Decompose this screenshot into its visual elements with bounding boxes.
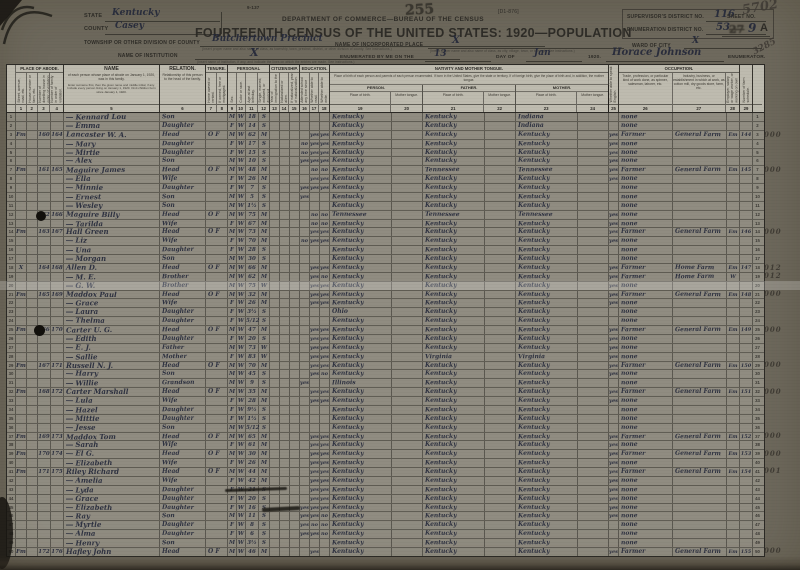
can-write: yes <box>320 486 330 494</box>
employment-class <box>727 379 740 387</box>
father-place-of-birth: Kentucky <box>423 370 485 378</box>
naturalization-year <box>290 175 300 183</box>
can-read <box>310 415 320 423</box>
farm-schedule-number <box>740 353 753 361</box>
mother-place-of-birth: Kentucky <box>516 246 578 254</box>
color-race: W <box>237 140 246 148</box>
naturalized <box>280 220 290 228</box>
father-mother-tongue <box>485 370 516 378</box>
sex: F <box>228 504 237 512</box>
ink-blot <box>36 211 46 221</box>
can-read: no <box>310 211 320 219</box>
row-number: 25 <box>7 326 16 334</box>
name: ― G. W. <box>64 282 160 290</box>
employment-class <box>727 521 740 529</box>
sex: F <box>228 397 237 405</box>
naturalization-year <box>290 308 300 316</box>
dwelling-number <box>38 459 51 467</box>
father-mother-tongue <box>485 441 516 449</box>
relation: Daughter <box>160 486 206 494</box>
place-of-birth: Kentucky <box>330 317 392 325</box>
sex: M <box>228 370 237 378</box>
table-row: 44― GraceDaughterFW20SyesyesKentuckyKent… <box>7 495 764 504</box>
sex: F <box>228 530 237 538</box>
farm-schedule-number <box>740 299 753 307</box>
attended-school: yes <box>300 512 310 520</box>
father-place-of-birth: Kentucky <box>423 299 485 307</box>
family-number: 169 <box>51 291 64 299</box>
family-number <box>51 255 64 263</box>
dwelling-number <box>38 441 51 449</box>
mother-tongue <box>392 220 423 228</box>
occupation: Farmer <box>619 166 673 174</box>
marital-status: S <box>259 370 270 378</box>
sex: M <box>228 450 237 458</box>
speaks-english <box>609 406 619 414</box>
enumerator-label: ENUMERATOR. <box>728 55 765 60</box>
house-number <box>27 397 38 405</box>
house-number <box>27 255 38 263</box>
immigration-year <box>270 397 280 405</box>
speaks-english <box>609 193 619 201</box>
speaks-english: yes <box>609 441 619 449</box>
house-number <box>27 157 38 165</box>
relation: Daughter <box>160 521 206 529</box>
table-row: 28― SallieMotherFW83WyesyesKentuckyVirgi… <box>7 353 764 362</box>
father-place-of-birth: Kentucky <box>423 548 485 556</box>
naturalization-year <box>290 291 300 299</box>
house-number <box>27 299 38 307</box>
row-number-right: 28 <box>753 353 762 361</box>
mother-place-of-birth: Kentucky <box>516 291 578 299</box>
age: 5/12 <box>246 317 259 325</box>
can-write <box>320 122 330 130</box>
relation: Wife <box>160 237 206 245</box>
industry <box>673 113 727 121</box>
age: 3½ <box>246 539 259 547</box>
row-number-right: 32 <box>753 388 762 396</box>
occupation: none <box>619 317 673 325</box>
house-number <box>27 406 38 414</box>
sex: M <box>228 255 237 263</box>
color-race: W <box>237 539 246 547</box>
immigration-year <box>270 362 280 370</box>
occupation: none <box>619 140 673 148</box>
can-read <box>310 113 320 121</box>
immigration-year <box>270 166 280 174</box>
county-value: Casey <box>115 21 144 31</box>
row-number-right: 49 <box>753 539 762 547</box>
name: ― E. J. <box>64 344 160 352</box>
attended-school <box>300 264 310 272</box>
naturalization-year <box>290 166 300 174</box>
relation: Wife <box>160 220 206 228</box>
speaks-english <box>609 379 619 387</box>
place-of-birth: Kentucky <box>330 291 392 299</box>
farm-schedule-number <box>740 113 753 121</box>
father-place-of-birth: Kentucky <box>423 317 485 325</box>
place-of-birth: Ohio <box>330 308 392 316</box>
sex: F <box>228 495 237 503</box>
dwelling-number <box>38 140 51 148</box>
table-row: 16― UnaDaughterFW28SKentuckyKentuckyKent… <box>7 246 764 255</box>
mother-mother-tongue <box>578 353 609 361</box>
attended-school <box>300 370 310 378</box>
row-number-right: 1 <box>753 113 762 121</box>
attended-school <box>300 406 310 414</box>
father-mother-tongue <box>485 291 516 299</box>
mother-place-of-birth: Kentucky <box>516 379 578 387</box>
naturalization-year <box>290 184 300 192</box>
sex: M <box>228 433 237 441</box>
supervisor-district-label: SUPERVISOR'S DISTRICT NO. <box>627 14 704 20</box>
immigration-year <box>270 326 280 334</box>
farm-schedule-number <box>740 539 753 547</box>
row-number: 12 <box>7 211 16 219</box>
mother-tongue <box>392 166 423 174</box>
street-farm <box>16 344 27 352</box>
col-header-speaks-english: Whether able to speak English.25 <box>609 65 619 112</box>
industry <box>673 397 727 405</box>
row-number: 22 <box>7 299 16 307</box>
table-row: 9― MinnieDaughterFW7SyesyesyesKentuckyKe… <box>7 184 764 193</box>
family-number <box>51 477 64 485</box>
name: Carter U. G. <box>64 326 160 334</box>
dwelling-number <box>38 486 51 494</box>
father-mother-tongue <box>485 388 516 396</box>
row-number: 5 <box>7 149 16 157</box>
house-number <box>27 228 38 236</box>
occupation: none <box>619 486 673 494</box>
age: 18 <box>246 113 259 121</box>
attended-school <box>300 486 310 494</box>
sex: M <box>228 468 237 476</box>
relation: Brother <box>160 282 206 290</box>
mother-tongue <box>392 184 423 192</box>
mother-tongue <box>392 122 423 130</box>
marital-status: S <box>259 157 270 165</box>
naturalized <box>280 131 290 139</box>
tenure: O F <box>206 326 228 334</box>
row-number-right: 14 <box>753 228 762 236</box>
industry <box>673 353 727 361</box>
relation: Head <box>160 468 206 476</box>
age: 28 <box>246 397 259 405</box>
name: ― Jesse <box>64 424 160 432</box>
row-number-right: 18 <box>753 264 762 272</box>
naturalized <box>280 353 290 361</box>
mother-place-of-birth: Kentucky <box>516 397 578 405</box>
family-number <box>51 184 64 192</box>
row-number-right: 19 <box>753 273 762 281</box>
naturalization-year <box>290 459 300 467</box>
color-race: W <box>237 193 246 201</box>
naturalized <box>280 291 290 299</box>
sex: F <box>228 441 237 449</box>
state-value: Kentucky <box>112 8 160 18</box>
row-number: 24 <box>7 317 16 325</box>
family-number: 176 <box>51 548 64 556</box>
name: Allen D. <box>64 264 160 272</box>
attended-school: yes <box>300 184 310 192</box>
age: 20 <box>246 335 259 343</box>
street-farm <box>16 459 27 467</box>
farm-schedule-number: 155 <box>740 548 753 556</box>
naturalization-year <box>290 477 300 485</box>
dwelling-number <box>38 175 51 183</box>
speaks-english: yes <box>609 131 619 139</box>
street-farm: Fm <box>16 291 27 299</box>
row-number: 35 <box>7 415 16 423</box>
name: Maguire Billy <box>64 211 160 219</box>
can-write: yes <box>320 344 330 352</box>
naturalized <box>280 299 290 307</box>
tenure <box>206 299 228 307</box>
place-of-birth: Kentucky <box>330 424 392 432</box>
father-place-of-birth: Kentucky <box>423 504 485 512</box>
sex: F <box>228 459 237 467</box>
sex: F <box>228 122 237 130</box>
color-race: W <box>237 415 246 423</box>
industry: Home Farm <box>673 273 727 281</box>
table-body: 1― Kennard LouSonMW18SKentuckyKentuckyIn… <box>7 113 764 556</box>
naturalization-year <box>290 220 300 228</box>
immigration-year <box>270 140 280 148</box>
mother-place-of-birth: Kentucky <box>516 282 578 290</box>
farm-schedule-number <box>740 211 753 219</box>
can-write: no <box>320 530 330 538</box>
industry: General Farm <box>673 228 727 236</box>
pencil-margin-note: 000 <box>764 546 782 555</box>
age: 26 <box>246 299 259 307</box>
can-write <box>320 379 330 387</box>
tenure <box>206 113 228 121</box>
color-race: W <box>237 246 246 254</box>
marital-status: S <box>259 495 270 503</box>
house-number <box>27 459 38 467</box>
age: 15 <box>246 149 259 157</box>
family-number <box>51 140 64 148</box>
color-race: W <box>237 228 246 236</box>
color-race: W <box>237 353 246 361</box>
relation: Head <box>160 362 206 370</box>
sex: M <box>228 113 237 121</box>
occupation: none <box>619 282 673 290</box>
sex: M <box>228 344 237 352</box>
color-race: W <box>237 406 246 414</box>
father-mother-tongue <box>485 548 516 556</box>
mother-tongue <box>392 415 423 423</box>
county-label: COUNTY <box>84 26 108 32</box>
naturalization-year <box>290 353 300 361</box>
family-number <box>51 530 64 538</box>
mother-tongue <box>392 441 423 449</box>
father-mother-tongue <box>485 246 516 254</box>
employment-class: Em <box>727 228 740 236</box>
mother-place-of-birth: Indiana <box>516 113 578 121</box>
mother-mother-tongue <box>578 131 609 139</box>
dwelling-number <box>38 273 51 281</box>
can-write: yes <box>320 157 330 165</box>
pencil-margin-note: 000 <box>764 449 782 458</box>
age: 46 <box>246 548 259 556</box>
can-read <box>310 424 320 432</box>
mother-place-of-birth: Virginia <box>516 353 578 361</box>
immigration-year <box>270 149 280 157</box>
speaks-english: yes <box>609 495 619 503</box>
street-farm <box>16 246 27 254</box>
place-of-birth: Tennessee <box>330 211 392 219</box>
occupation: none <box>619 406 673 414</box>
family-number <box>51 149 64 157</box>
speaks-english: yes <box>609 291 619 299</box>
row-number-right: 8 <box>753 175 762 183</box>
name: ― Una <box>64 246 160 254</box>
age: 14 <box>246 122 259 130</box>
employment-class <box>727 370 740 378</box>
mother-mother-tongue <box>578 184 609 192</box>
can-write: yes <box>320 131 330 139</box>
row-number: 8 <box>7 175 16 183</box>
marital-status: S <box>259 255 270 263</box>
speaks-english <box>609 202 619 210</box>
relation: Son <box>160 202 206 210</box>
table-row: 1― Kennard LouSonMW18SKentuckyKentuckyIn… <box>7 113 764 122</box>
naturalization-year <box>290 282 300 290</box>
tenure <box>206 273 228 281</box>
naturalized <box>280 370 290 378</box>
family-number <box>51 157 64 165</box>
attended-school <box>300 548 310 556</box>
immigration-year <box>270 468 280 476</box>
row-number-right: 11 <box>753 202 762 210</box>
tenure <box>206 335 228 343</box>
sex: F <box>228 246 237 254</box>
relation: Daughter <box>160 317 206 325</box>
dwelling-number: 165 <box>38 291 51 299</box>
family-number <box>51 344 64 352</box>
mother-place-of-birth: Kentucky <box>516 512 578 520</box>
mother-tongue <box>392 308 423 316</box>
father-mother-tongue <box>485 397 516 405</box>
family-number <box>51 495 64 503</box>
table-row: 38― SarahWifeFW61MyesyesKentuckyKentucky… <box>7 441 764 450</box>
naturalized <box>280 433 290 441</box>
attended-school <box>300 131 310 139</box>
tenure <box>206 122 228 130</box>
pencil-margin-note: 001 <box>764 466 782 475</box>
col-header-person-pob: Place of birth.19 <box>330 92 391 112</box>
dwelling-number <box>38 406 51 414</box>
mother-place-of-birth: Kentucky <box>516 459 578 467</box>
employment-class <box>727 157 740 165</box>
dwelling-number: 169 <box>38 433 51 441</box>
farm-schedule-number <box>740 273 753 281</box>
street-farm: Fm <box>16 131 27 139</box>
father-place-of-birth: Kentucky <box>423 326 485 334</box>
tenure <box>206 202 228 210</box>
occupation: none <box>619 335 673 343</box>
name: Lancaster W. A. <box>64 131 160 139</box>
mother-tongue <box>392 282 423 290</box>
farm-schedule-number <box>740 246 753 254</box>
dwelling-number <box>38 113 51 121</box>
family-number <box>51 521 64 529</box>
immigration-year <box>270 228 280 236</box>
marital-status: M <box>259 388 270 396</box>
occupation: none <box>619 202 673 210</box>
row-number-right: 31 <box>753 379 762 387</box>
col-header-house-number: House number or farm, etc.2 <box>27 73 38 112</box>
naturalization-year <box>290 335 300 343</box>
color-race: W <box>237 326 246 334</box>
marital-status: S <box>259 202 270 210</box>
house-number <box>27 344 38 352</box>
employment-class <box>727 477 740 485</box>
name: ― Willie <box>64 379 160 387</box>
can-write: yes <box>320 441 330 449</box>
enumeration-district-value: 53 <box>716 22 730 33</box>
name: ― Lyda <box>64 486 160 494</box>
house-number <box>27 362 38 370</box>
relation: Head <box>160 326 206 334</box>
father-mother-tongue <box>485 504 516 512</box>
color-race: W <box>237 273 246 281</box>
naturalized <box>280 539 290 547</box>
house-number <box>27 113 38 121</box>
marital-status: M <box>259 237 270 245</box>
marital-status: S <box>259 193 270 201</box>
employment-class <box>727 512 740 520</box>
table-row: 17― MorganSonMW30SKentuckyKentuckyKentuc… <box>7 255 764 264</box>
dwelling-number: 161 <box>38 166 51 174</box>
family-number <box>51 273 64 281</box>
employment-class: Em <box>727 450 740 458</box>
occupation: Farmer <box>619 548 673 556</box>
employment-class <box>727 530 740 538</box>
place-of-birth: Kentucky <box>330 512 392 520</box>
tenure <box>206 175 228 183</box>
place-of-birth: Kentucky <box>330 504 392 512</box>
naturalization-year <box>290 521 300 529</box>
father-place-of-birth: Kentucky <box>423 113 485 121</box>
color-race: W <box>237 495 246 503</box>
mother-place-of-birth: Kentucky <box>516 495 578 503</box>
row-number-right: 5 <box>753 149 762 157</box>
father-mother-tongue <box>485 149 516 157</box>
industry: General Farm <box>673 388 727 396</box>
employment-class <box>727 317 740 325</box>
industry <box>673 477 727 485</box>
row-number: 38 <box>7 441 16 449</box>
color-race: W <box>237 113 246 121</box>
occupation: Farmer <box>619 468 673 476</box>
mother-place-of-birth: Kentucky <box>516 228 578 236</box>
mother-mother-tongue <box>578 291 609 299</box>
col-subgroup-father: FATHER. Place of birth.21 Mother tongue.… <box>423 85 516 112</box>
department-line: DEPARTMENT OF COMMERCE—BUREAU OF THE CEN… <box>282 16 484 23</box>
employment-class <box>727 149 740 157</box>
occupation: none <box>619 175 673 183</box>
mother-mother-tongue <box>578 246 609 254</box>
naturalized <box>280 255 290 263</box>
can-read: yes <box>310 370 320 378</box>
sex: F <box>228 175 237 183</box>
mother-tongue <box>392 539 423 547</box>
farm-schedule-number <box>740 406 753 414</box>
family-number <box>51 379 64 387</box>
sheet-letter: A <box>760 22 768 34</box>
